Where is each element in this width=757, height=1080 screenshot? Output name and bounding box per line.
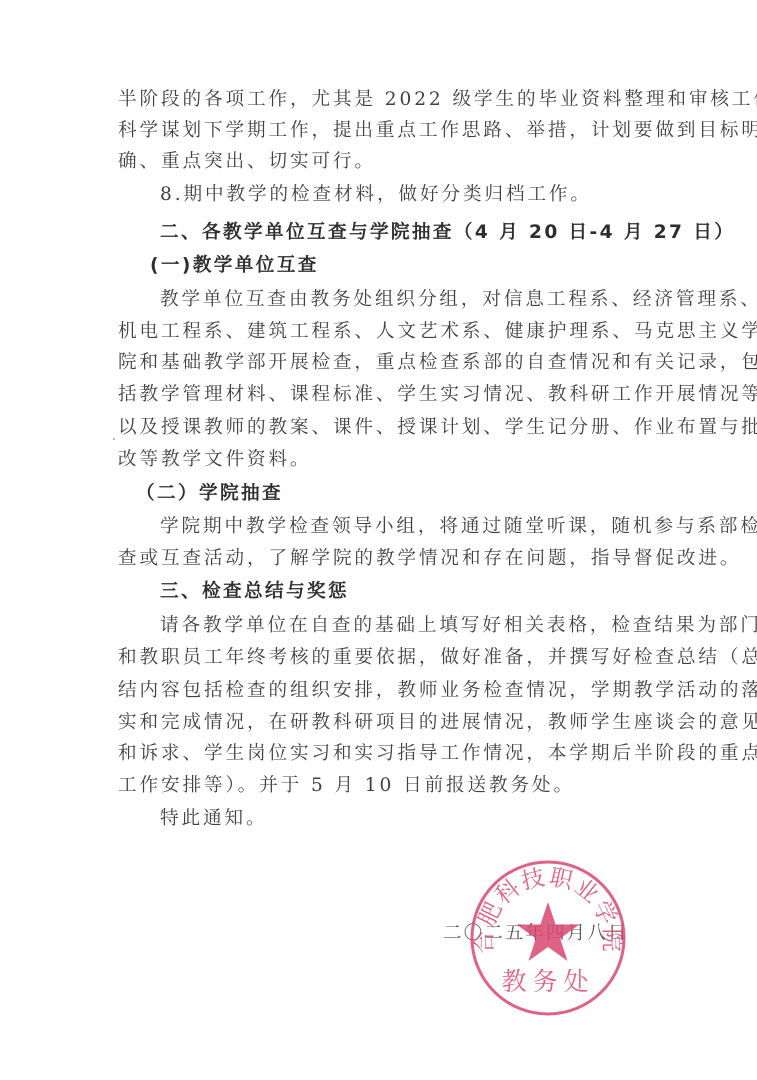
- body-line: 学院期中教学检查领导小组，将通过随堂听课，随机参与系部检: [160, 515, 700, 539]
- body-line: 教学单位互查由教务处组织分组，对信息工程系、经济管理系、: [160, 288, 700, 312]
- subsection-heading-1: (一)教学单位互查: [150, 254, 690, 278]
- scan-speck: [113, 438, 115, 440]
- body-line: 和诉求、学生岗位实习和实习指导工作情况，本学期后半阶段的重点: [118, 742, 658, 766]
- body-line: 改等教学文件资料。: [118, 448, 658, 472]
- body-line: 和教职员工年终考核的重要依据，做好准备，并撰写好检查总结（总: [118, 646, 658, 670]
- body-line: 工作安排等）。并于 5 月 10 日前报送教务处。: [118, 774, 658, 798]
- body-line: 半阶段的各项工作，尤其是 2022 级学生的毕业资料整理和审核工作。: [118, 88, 658, 112]
- closing-line: 特此通知。: [160, 807, 700, 831]
- section-heading-3: 三、检查总结与奖惩: [160, 580, 700, 604]
- body-line: 请各教学单位在自查的基础上填写好相关表格，检查结果为部门: [160, 614, 700, 638]
- body-line: 以及授课教师的教案、课件、授课计划、学生记分册、作业布置与批: [118, 416, 658, 440]
- seal-dept-name: 教务处: [501, 967, 594, 996]
- body-line: 科学谋划下学期工作，提出重点工作思路、举措，计划要做到目标明: [118, 119, 658, 143]
- document-page: 半阶段的各项工作，尤其是 2022 级学生的毕业资料整理和审核工作。 科学谋划下…: [0, 0, 757, 1080]
- body-line: 实和完成情况，在研教科研项目的进展情况，教师学生座谈会的意见: [118, 711, 658, 735]
- list-item-8: 8.期中教学的检查材料，做好分类归档工作。: [160, 183, 700, 207]
- body-line: 院和基础教学部开展检查，重点检查系部的自查情况和有关记录，包: [118, 351, 658, 375]
- official-seal-icon: 合肥科技职业学院 教务处: [468, 858, 628, 1018]
- subsection-heading-2: （二）学院抽查: [136, 482, 676, 506]
- body-line: 机电工程系、建筑工程系、人文艺术系、健康护理系、马克思主义学: [118, 320, 658, 344]
- body-line: 括教学管理材料、课程标准、学生实习情况、教科研工作开展情况等，: [118, 383, 658, 407]
- section-heading-2: 二、各教学单位互查与学院抽查（4 月 20 日-4 月 27 日）: [160, 221, 700, 245]
- body-line: 结内容包括检查的组织安排，教师业务检查情况，学期教学活动的落: [118, 679, 658, 703]
- seal-star-icon: [517, 902, 580, 961]
- body-line: 确、重点突出、切实可行。: [118, 150, 658, 174]
- body-line: 查或互查活动，了解学院的教学情况和存在问题，指导督促改进。: [118, 547, 658, 571]
